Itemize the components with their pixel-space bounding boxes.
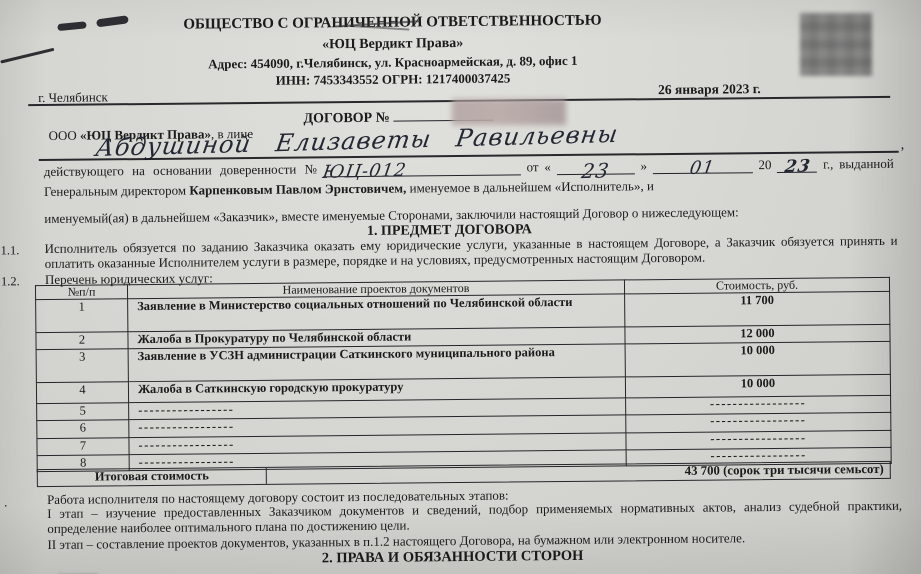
row-num: 3 [36, 348, 128, 382]
quote-close: » [640, 158, 647, 174]
contract-title-label: ДОГОВОР № [303, 111, 389, 127]
year-suffix: г., [823, 156, 834, 172]
quote-open: « [544, 159, 551, 175]
row-num: 4 [36, 381, 128, 403]
row-num: 5 [37, 402, 129, 420]
line-end-comma: , [901, 138, 905, 154]
row-num: 2 [36, 332, 128, 349]
director-suffix: именуемое в дальнейшем «Исполнитель», и [406, 178, 654, 195]
row-name: Заявление в Министерство социальных отно… [128, 294, 625, 332]
year-prefix: 20 [758, 157, 771, 173]
clause-1-2-number: 1.2. [1, 274, 20, 289]
from-label: от [526, 159, 538, 175]
director-prefix: Генеральным директором [44, 183, 189, 199]
director-line: Генеральным директором Карпенковым Павло… [44, 176, 899, 199]
director-name: Карпенковым Павлом Эрнстовичем, [189, 181, 406, 198]
clause-marker-cutoff: . [4, 494, 7, 510]
services-table: №п/п Наименование проектов документов Ст… [35, 277, 892, 472]
year-blank: 23 [777, 157, 817, 173]
table-header-num: №п/п [35, 285, 127, 300]
total-value: 43 700 (сорок три тысячи семьсот) [267, 462, 890, 484]
acting-on-basis-text: действующего на основании доверенности № [44, 161, 317, 180]
redaction-blur-contract-number [452, 99, 566, 125]
total-label: Итоговая стоимость [38, 468, 267, 486]
handwritten-poa-number: ЮЦ-012 [321, 160, 408, 183]
redaction-blur-stamp [800, 13, 872, 76]
row-cost: 10 000 [625, 341, 890, 377]
scanned-contract-page: ОБЩЕСТВО С ОГРАНИЧЕННОЙ ОТВЕТСТВЕННОСТЬЮ… [0, 0, 921, 574]
day-blank: 23 [557, 158, 635, 175]
row-name: Заявление в УСЗН администрации Саткинско… [128, 343, 625, 381]
handwritten-year: 23 [783, 156, 812, 177]
clause-1-1-number: 1.1. [1, 243, 20, 258]
row-cost: 10 000 [625, 374, 890, 398]
contract-date: 26 января 2023 г. [658, 81, 761, 98]
row-num: 7 [37, 437, 129, 455]
month-blank: 01 [653, 157, 753, 174]
issued-label: выданной [839, 156, 894, 173]
row-cost: 11 700 [625, 291, 890, 327]
poa-number-blank: ЮЦ-012 [323, 159, 521, 177]
handwritten-month: 01 [689, 157, 717, 179]
party-intro-prefix: ООО [48, 128, 80, 143]
row-num: 1 [36, 299, 128, 333]
row-num: 6 [37, 419, 129, 438]
